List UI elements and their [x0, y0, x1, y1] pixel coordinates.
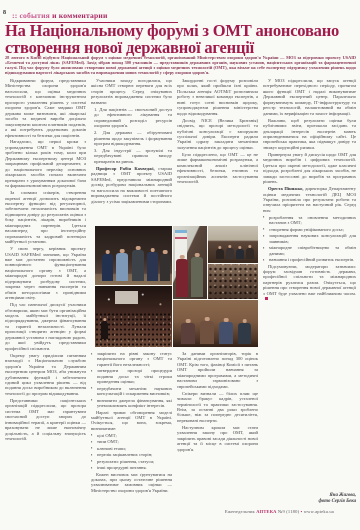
bullet-item: міжнародне співробітництво та обмін дани…: [263, 245, 356, 256]
bullet-list: закріпити на рівні закону статус націона…: [91, 351, 172, 409]
body-paragraph: Закордонні гості форуму розповіли про шл…: [177, 78, 258, 116]
photo-conference-hall: [95, 286, 172, 347]
body-paragraph: Досвід NICE (Велика Британія) свідчить, …: [177, 118, 258, 151]
body-paragraph: Під час панельної дискусії учасники обго…: [5, 302, 86, 351]
page-footer: Еженедельник АПТЕКА №9 (1180) • www.apte…: [225, 509, 334, 514]
body-paragraph: Привернула увагу й дискусія щодо ОМТ для…: [263, 152, 356, 185]
bullet-list: розроблення та оновлення методичних наст…: [263, 215, 356, 264]
speaker-paragraph: Професор Рабія Кахведжі, старша радниця …: [91, 166, 172, 204]
photo-credit: фото Сергія Бека: [263, 499, 356, 505]
body-paragraph: Наступним кроком має стати ухвалення зак…: [177, 425, 258, 452]
bullet-item: перелік зацікавлених сторін;: [91, 452, 172, 457]
person-figure: [236, 249, 244, 259]
bullet-item: створення форми уніфікованого досьє;: [263, 227, 356, 232]
body-paragraph: Спікери визнали — білих плям ще чимало: …: [177, 391, 258, 424]
bullet-item: ключові етапи;: [91, 446, 172, 451]
footer-issue: №9 (1180): [277, 509, 301, 514]
speaker-paragraph: Ореста Піняжко, директорка Департаменту …: [263, 186, 356, 213]
person-figure: [191, 257, 203, 297]
person-figure: [102, 254, 113, 281]
text-column-2-bottom: закріпити на рівні закону статус націона…: [91, 351, 172, 505]
body-paragraph: За даними організаторів, торік в Україні…: [177, 351, 258, 389]
group-crowd: [208, 264, 258, 299]
photo-participants-group: [208, 264, 258, 299]
body-paragraph: У МОЗ підкреслили, що запуск агенції пот…: [263, 78, 356, 116]
numbered-item: 2. Для держави — обґрунтовані рішення що…: [91, 130, 172, 146]
photo-stage-panel: [208, 226, 258, 263]
person-figure: [181, 323, 195, 344]
bullet-item: розроблення та оновлення методичних наст…: [263, 215, 356, 226]
bullet-item: типи ОМТ;: [91, 439, 172, 444]
bullet-item: запровадження наукових консультацій для …: [263, 233, 356, 244]
bullet-item: цілі ОМТ;: [91, 433, 172, 438]
person-figure: [246, 248, 254, 259]
footer-brand: АПТЕКА: [256, 509, 276, 514]
person-figure: [116, 253, 128, 281]
person-figure: [160, 254, 170, 281]
person-figure: [101, 321, 108, 339]
person-figure: [147, 252, 158, 281]
end-of-article-icon: [265, 297, 268, 300]
speaker-name: Ореста Піняжко,: [268, 186, 304, 191]
bullet-item: результати: рішення, статуси;: [91, 459, 172, 464]
person-figure: [176, 259, 188, 297]
body-paragraph: Учасники заходу погодилися, що якісна ОМ…: [91, 78, 172, 105]
body-paragraph: Відкриваючи форум, представники Міністер…: [5, 78, 86, 138]
body-paragraph: Було підкреслено, що ОМТ — це не лише фа…: [177, 152, 258, 185]
photo-officials-group: [95, 226, 172, 285]
photo-seated-panelists: [173, 300, 258, 347]
section-header: ::события и комментарии: [12, 11, 108, 20]
bullet-item: навчання і професійний розвиток експерті…: [263, 257, 356, 262]
text-column-2-top: Учасники заходу погодилися, що якісна ОМ…: [91, 78, 172, 224]
body-paragraph: У свою чергу, керівник проекту USAID SAF…: [5, 246, 86, 301]
person-figure: [132, 250, 144, 281]
page-number: 8: [3, 10, 6, 16]
footer-prefix: Еженедельник: [225, 509, 256, 514]
person-figure: [200, 321, 214, 344]
body-paragraph: Окрему увагу приділили питанням взаємоді…: [5, 353, 86, 397]
speaker-name: Професор Рабія Кахведжі,: [96, 166, 155, 171]
body-paragraph: Представники пацієнтських організацій пі…: [5, 398, 86, 442]
text-column-1: Відкриваючи форум, представники Міністер…: [5, 78, 86, 505]
body-paragraph: Нагадаємо, що перші кроки з упровадження…: [5, 139, 86, 188]
person-figure: [238, 323, 251, 344]
mini-bullet-list: цілі ОМТ; типи ОМТ; ключові етапи; перел…: [91, 433, 172, 471]
bullet-item: визначити джерела фінансування, які унем…: [91, 398, 172, 409]
closing-paragraph: Підсумовуючи, модератори зазначили: фору…: [263, 264, 356, 302]
text-column-3-top: Закордонні гості форуму розповіли про шл…: [177, 78, 258, 224]
text-column-3-bottom: За даними організаторів, торік в Україні…: [177, 351, 258, 505]
body-paragraph: Кожен висновок має ґрунтуватися на доказ…: [91, 472, 172, 494]
bullet-item: закріпити на рівні закону статус націона…: [91, 351, 172, 367]
numbered-list: 1. Для пацієнтів — своєчасний доступ до …: [91, 107, 172, 165]
projector-screen: [115, 291, 138, 304]
numbered-item: 3. Для індустрії — зрозумілі та передбач…: [91, 148, 172, 164]
body-paragraph: За словами спікерів, створення окремої а…: [5, 190, 86, 245]
bullet-item: затвердити прозорі процедури подання дос…: [91, 368, 172, 384]
body-paragraph: Важливо, щоб результати оцінки були публ…: [263, 118, 356, 151]
person-figure: [226, 248, 234, 259]
section-label-bold: и комментарии: [52, 11, 108, 20]
article-signature: Яна Жигова, фото Сергія Бека: [263, 493, 356, 505]
lead-paragraph: 28 лютого в Києві відбувся Національний …: [5, 56, 356, 76]
bullet-item: передбачити механізм наукових консультац…: [91, 386, 172, 397]
person-figure: [216, 249, 224, 259]
section-label-light: события: [19, 11, 52, 20]
body-paragraph: Наразі триває обговорення моделі майбутн…: [91, 410, 172, 432]
section-marker-icon: ::: [12, 11, 17, 20]
speaker-text: старша радниця з ОМТ проекту USAID SAFEM…: [91, 166, 172, 204]
newspaper-page: 8 ::события и комментарии На Національно…: [0, 0, 360, 530]
person-figure: [219, 322, 233, 344]
closing-text: Підсумовуючи, модератори зазначили: фору…: [263, 264, 356, 296]
article-headline: На Національному форумі з ОМТ анонсовано…: [5, 23, 357, 56]
numbered-item: 1. Для пацієнтів — своєчасний доступ до …: [91, 107, 172, 129]
bullet-item: інші процедурні питання.: [91, 465, 172, 470]
text-column-4: У МОЗ підкреслили, що запуск агенції пот…: [263, 78, 356, 505]
footer-site: www.apteka.ua: [302, 509, 334, 514]
photo-two-delegates: [173, 226, 207, 299]
photo-collage: [95, 226, 258, 347]
